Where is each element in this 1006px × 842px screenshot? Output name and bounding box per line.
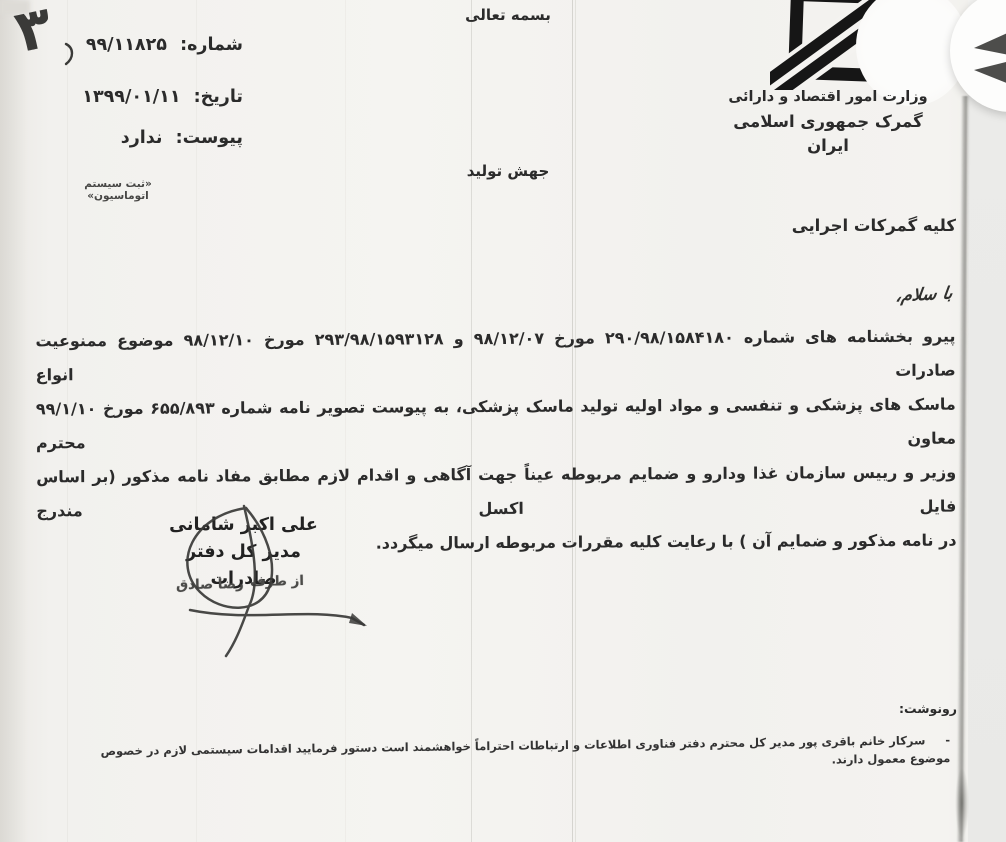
attachment-value: ندارد	[121, 128, 163, 148]
double-arrow-icon	[966, 26, 1006, 88]
automation-note: «ثبت سیستم اتوماسیون»	[58, 178, 178, 202]
cc-item: -سرکار خانم باقری پور مدیر کل محترم دفتر…	[58, 731, 950, 779]
number-label: شماره:	[180, 35, 243, 55]
attachment-label: پیوست:	[176, 128, 243, 148]
bullet-dash: -	[945, 733, 950, 747]
page-edge-shadow-blot	[955, 768, 969, 838]
body-line: ماسک های پزشکی و تنفسی و مواد اولیه تولی…	[36, 388, 956, 461]
date-value: ۱۳۹۹/۰۱/۱۱	[82, 87, 180, 107]
number-value: ۹۹/۱۱۸۲۵	[86, 35, 167, 55]
ministry-name: وزارت امور اقتصاد و دارائی	[712, 88, 944, 107]
letter-page: شماره: ۹۹/۱۱۸۲۵ تاریخ: ۱۳۹۹/۰۱/۱۱ پیوست:…	[0, 0, 1006, 842]
document-viewer: شماره: ۹۹/۱۱۸۲۵ تاریخ: ۱۳۹۹/۰۱/۱۱ پیوست:…	[0, 0, 1006, 842]
letterhead-org: وزارت امور اقتصاد و دارائی گمرک جمهوری ا…	[712, 88, 944, 158]
cc-text: سرکار خانم باقری پور مدیر کل محترم دفتر …	[100, 733, 950, 766]
viewer-background	[968, 0, 1006, 842]
bismillah-text: بسمه تعالی	[458, 6, 558, 24]
attachment-row: پیوست: ندارد	[18, 123, 243, 153]
customs-name: گمرک جمهوری اسلامی ایران	[712, 110, 944, 158]
pen-flick-mark	[58, 40, 82, 68]
signature-scribble	[148, 486, 408, 671]
greeting: با سلام،	[894, 281, 954, 310]
date-label: تاریخ:	[194, 87, 243, 107]
year-slogan-text: جهش تولید	[458, 162, 558, 180]
cc-label: رونوشت:	[899, 701, 957, 716]
letter-date-row: تاریخ: ۱۳۹۹/۰۱/۱۱	[18, 82, 243, 112]
addressee: کلیه گمرکات اجرایی	[792, 214, 956, 238]
body-line: پیرو بخشنامه های شماره ۲۹۰/۹۸/۱۵۸۴۱۸۰ مو…	[35, 320, 955, 393]
